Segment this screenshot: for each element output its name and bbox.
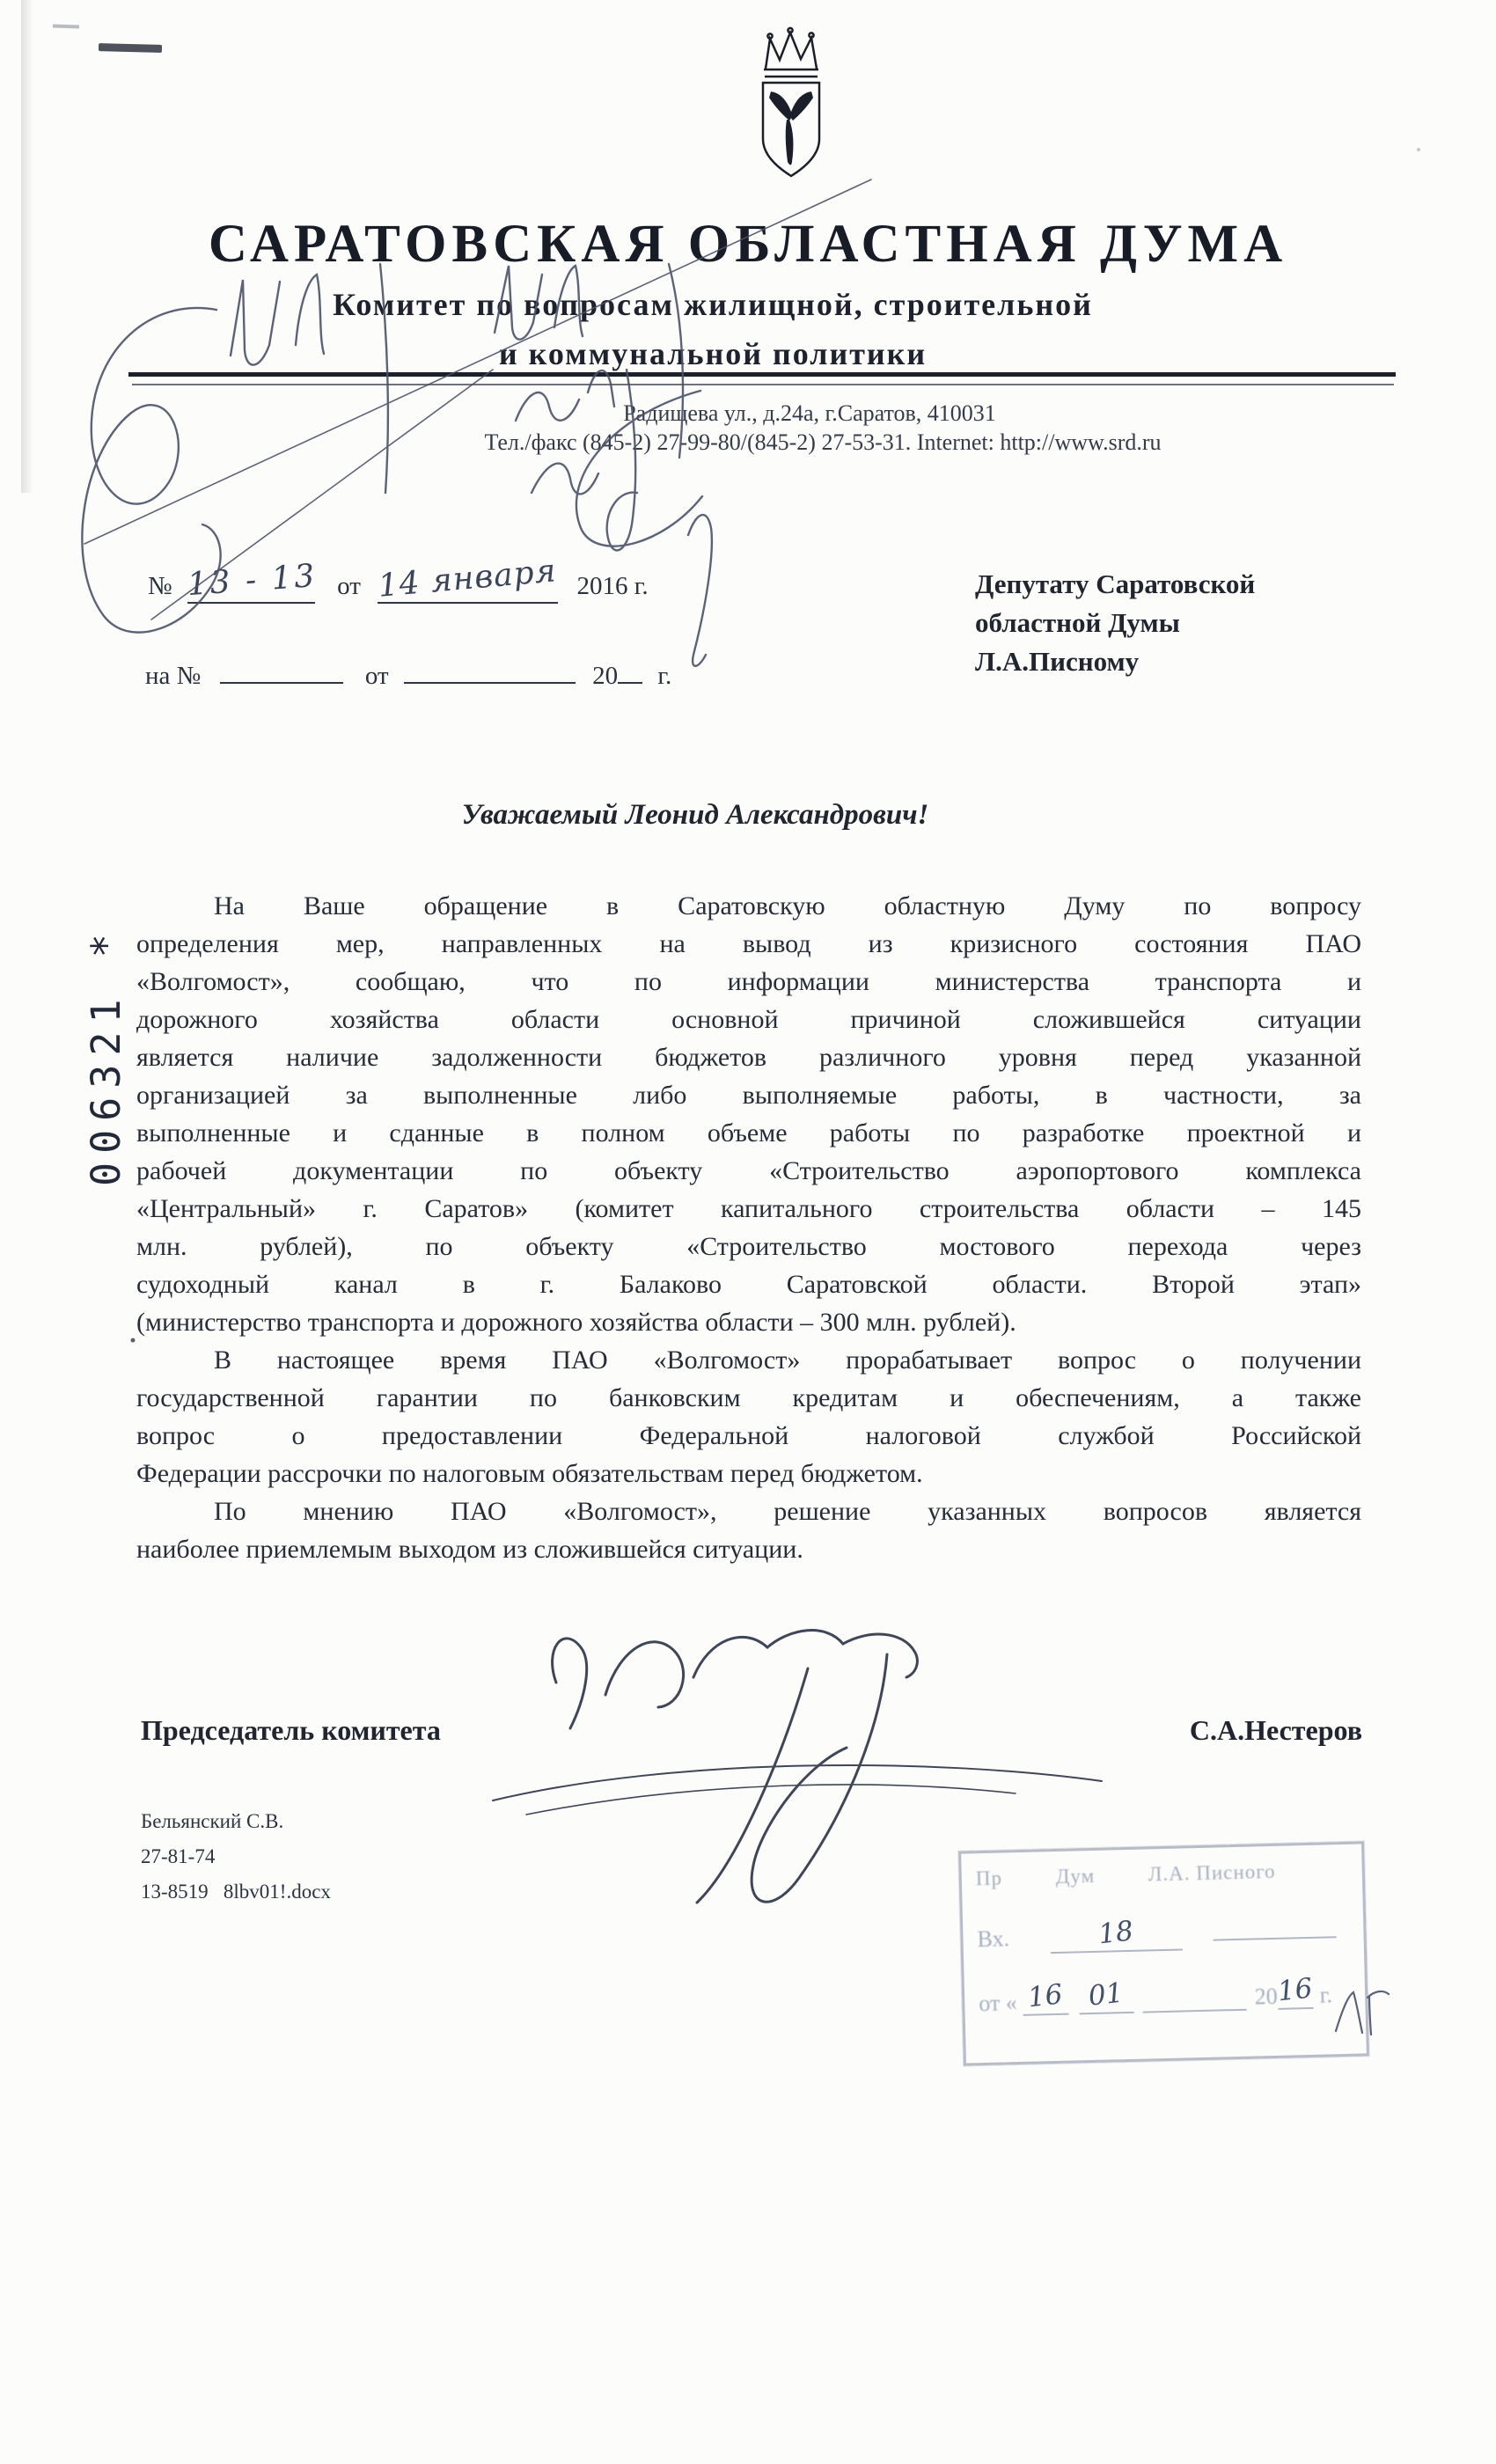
scan-artifact-dash xyxy=(53,24,79,28)
executor-phone: 27-81-74 xyxy=(141,1839,331,1874)
scanned-letter-page: САРАТОВСКАЯ ОБЛАСТНАЯ ДУМА Комитет по во… xyxy=(0,0,1496,2464)
signer-name: С.А.Нестеров xyxy=(1190,1714,1362,1747)
body-line: наиболее приемлемым выходом из сложившей… xyxy=(136,1530,1361,1568)
committee-line2: и коммунальной политики xyxy=(97,329,1329,378)
blank-line: 01 xyxy=(1078,1980,1133,2015)
body-line: На Ваше обращение в Саратовскую областну… xyxy=(136,887,1361,925)
body-line: (министерство транспорта и дорожного хоз… xyxy=(136,1303,1361,1341)
org-name: САРАТОВСКАЯ ОБЛАСТНАЯ ДУМА xyxy=(123,214,1373,275)
stamp-year-suffix: г. xyxy=(1319,1982,1332,2008)
blank-line: 14 января xyxy=(378,566,558,604)
committee-line1: Комитет по вопросам жилищной, строительн… xyxy=(97,280,1329,329)
handwritten-month: 01 xyxy=(1087,1977,1125,2013)
recipient-line2: областной Думы xyxy=(975,604,1255,642)
executor-doc-ref: 13-8519 8lbv01!.docx xyxy=(141,1874,331,1910)
body-line: В настоящее время ПАО «Волгомост» прораб… xyxy=(136,1341,1361,1379)
number-label: № xyxy=(148,572,172,600)
handwritten-year: 16 xyxy=(1276,1972,1314,2007)
scanner-edge-shadow xyxy=(21,0,33,493)
body-line: По мнению ПАО «Волгомост», решение указа… xyxy=(136,1492,1361,1530)
handwritten-incoming-number: 18 xyxy=(1097,1915,1135,1950)
blank-line: 16 xyxy=(1022,1982,1068,2016)
blank-line xyxy=(220,682,343,684)
stamp-date-line: от « 16 01 2016 г. xyxy=(979,1975,1353,2017)
body-line: дорожного хозяйства области основной при… xyxy=(136,1001,1361,1038)
recipient-line1: Депутату Саратовской xyxy=(975,565,1255,604)
blank-line xyxy=(1142,2009,1246,2013)
salutation: Уважаемый Леонид Александрович! xyxy=(229,799,1162,832)
body-line: определения мер, направленных на вывод и… xyxy=(136,925,1361,963)
org-address: Радищева ул., д.24а, г.Саратов, 410031 xyxy=(194,400,1426,427)
body-line: выполненные и сданные в полном объеме ра… xyxy=(136,1114,1361,1152)
blank-line xyxy=(1213,1936,1336,1940)
stamp-in-label: Вх. xyxy=(977,1925,1009,1952)
reply-year-prefix: 20 xyxy=(592,662,618,690)
vertical-registration-number: 006321 * xyxy=(83,908,127,1186)
letterhead-rule-thin xyxy=(132,384,1394,385)
body-line: организацией за выполненные либо выполня… xyxy=(136,1076,1361,1114)
reply-year-suffix: г. xyxy=(657,662,671,690)
blank-line: 13 - 13 xyxy=(187,566,315,604)
recipient-line3: Л.А.Писному xyxy=(975,642,1255,681)
org-contacts: Тел./факс (845-2) 27-99-80/(845-2) 27-53… xyxy=(207,429,1439,456)
signature-row: Председатель комитета С.А.Нестеров xyxy=(141,1714,1362,1747)
body-line: млн. рублей), по объекту «Строительство … xyxy=(136,1228,1361,1265)
body-line: «Волгомост», сообщаю, что по информации … xyxy=(136,963,1361,1001)
blank-line: 16 xyxy=(1277,1976,1313,2010)
blank-line xyxy=(618,682,642,684)
letter-body: На Ваше обращение в Саратовскую областну… xyxy=(136,887,1361,1568)
handwritten-outgoing-date: 14 января xyxy=(377,553,558,605)
stamp-incoming-line: Вх. 18 xyxy=(977,1913,1352,1955)
body-line: рабочей документации по объекту «Строите… xyxy=(136,1152,1361,1190)
year-printed: 2016 г. xyxy=(576,572,648,600)
blank-line: 18 xyxy=(1050,1917,1183,1954)
letterhead-rule-thick xyxy=(128,372,1396,377)
body-line: является наличие задолженности бюджетов … xyxy=(136,1038,1361,1076)
from-label: от xyxy=(337,572,361,600)
registration-stamp: Пр Дум Л.А. Писного Вх. 18 от « 16 01 20… xyxy=(958,1841,1369,2065)
blank-line xyxy=(404,682,576,684)
outgoing-reference-row: № 13 - 13 от 14 января 2016 г. xyxy=(148,566,649,604)
incoming-reference-row: на № от 20 г. xyxy=(145,662,671,691)
committee-name: Комитет по вопросам жилищной, строительн… xyxy=(97,280,1329,378)
stamp-date-label: от « xyxy=(979,1990,1017,2017)
body-line: Федерации рассрочки по налоговым обязате… xyxy=(136,1455,1361,1492)
body-line: государственной гарантии по банковским к… xyxy=(136,1379,1361,1417)
stamp-owner-line: Пр Дум Л.А. Писного xyxy=(976,1859,1351,1890)
recipient-block: Депутату Саратовской областной Думы Л.А.… xyxy=(975,565,1255,681)
body-line: «Центральный» г. Саратов» (комитет капит… xyxy=(136,1190,1361,1228)
reply-number-label: на № xyxy=(145,662,201,690)
body-line: вопрос о предоставлении Федеральной нало… xyxy=(136,1417,1361,1455)
scan-artifact-smudge xyxy=(99,43,162,53)
handwritten-day: 16 xyxy=(1026,1978,1064,2013)
signer-position: Председатель комитета xyxy=(141,1714,441,1746)
handwritten-outgoing-number: 13 - 13 xyxy=(186,558,318,603)
reply-from-label: от xyxy=(365,662,389,690)
executor-name: Бельянский С.В. xyxy=(141,1804,331,1839)
executor-block: Бельянский С.В. 27-81-74 13-8519 8lbv01!… xyxy=(141,1804,331,1910)
stamp-year-prefix: 20 xyxy=(1254,1984,1278,2011)
body-line: судоходный канал в г. Балаково Саратовск… xyxy=(136,1265,1361,1303)
saratov-coat-of-arms-icon xyxy=(750,26,832,181)
